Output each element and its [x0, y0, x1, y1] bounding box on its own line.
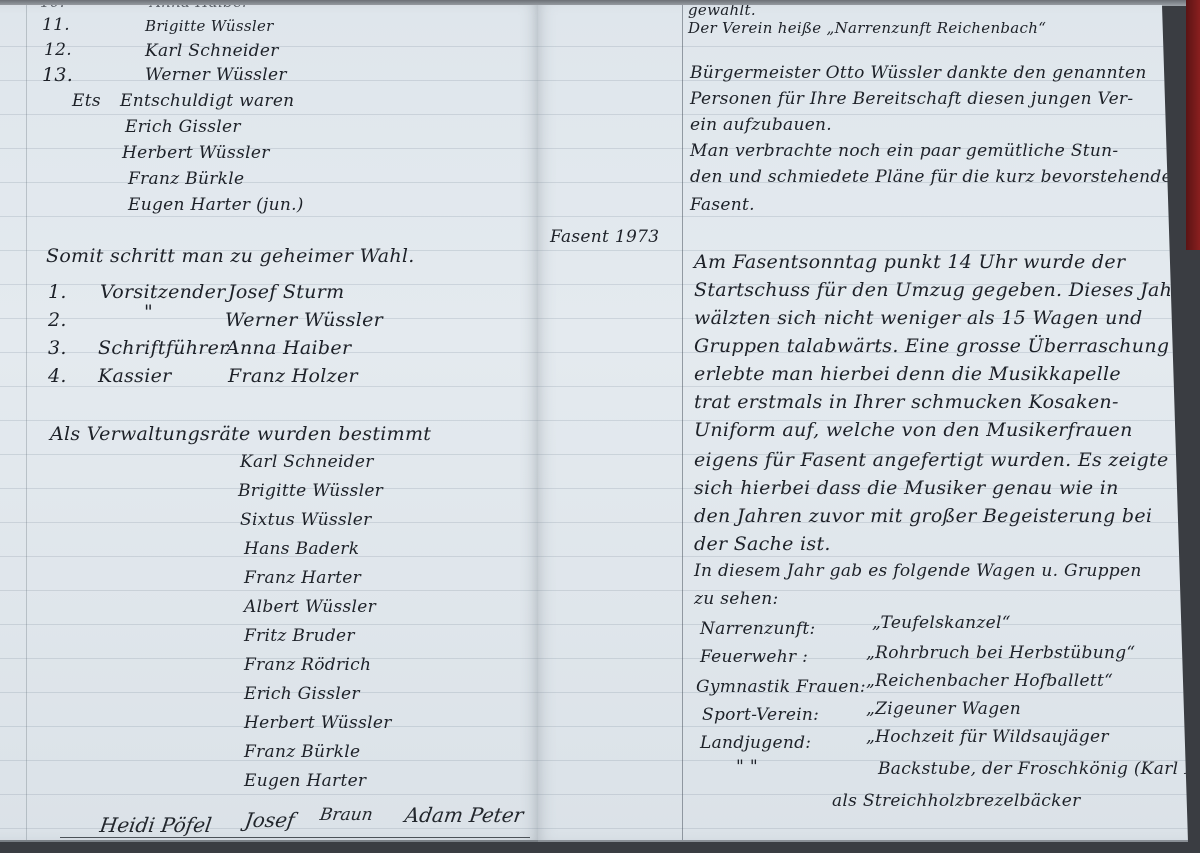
float-entry: „Teufelskanzel“: [872, 613, 1011, 633]
election-name: Werner Wüssler: [225, 309, 383, 331]
council-member: Albert Wüssler: [244, 597, 376, 617]
election-name: Josef Sturm: [228, 281, 344, 303]
text-line: Personen für Ihre Bereitschaft diesen ju…: [690, 89, 1133, 109]
text-line: gewählt.: [688, 5, 756, 19]
council-member: Eugen Harter: [244, 771, 366, 791]
float-group: Landjugend:: [700, 733, 811, 753]
right-page: Fasent 1973 gewählt. Der Verein heiße „N…: [538, 5, 1188, 842]
election-number: 4.: [48, 365, 67, 387]
list-number: 12.: [44, 40, 72, 60]
text-line: ein aufzubauen.: [690, 115, 832, 135]
excused-label: Ets: [72, 91, 101, 111]
text-line: wälzten sich nicht weniger als 15 Wagen …: [694, 307, 1143, 329]
election-role: Schriftführer: [98, 337, 229, 359]
open-book-spread: 10. Anna Haiber 11. Brigitte Wüssler 12.…: [0, 5, 1200, 853]
float-group: Feuerwehr :: [700, 647, 808, 667]
signature: Josef: [243, 808, 296, 832]
text-line: Bürgermeister Otto Wüssler dankte den ge…: [690, 63, 1147, 83]
text-line: Am Fasentsonntag punkt 14 Uhr wurde der: [694, 251, 1125, 273]
text-line: Man verbrachte noch ein paar gemütliche …: [690, 141, 1118, 161]
text-line: trat erstmals in Ihrer schmucken Kosaken…: [694, 391, 1119, 413]
text-line: Fasent.: [690, 195, 755, 215]
text-line: den Jahren zuvor mit großer Begeisterung…: [694, 505, 1152, 527]
list-name: Brigitte Wüssler: [145, 17, 274, 35]
text-line: Uniform auf, welche von den Musikerfraue…: [694, 419, 1133, 441]
excused-name: Franz Bürkle: [128, 169, 244, 189]
excused-name: Eugen Harter (jun.): [128, 195, 304, 215]
election-intro: Somit schritt man zu geheimer Wahl.: [46, 245, 415, 267]
election-name: Franz Holzer: [228, 365, 358, 387]
council-member: Fritz Bruder: [244, 626, 355, 646]
list-name: Karl Schneider: [145, 41, 279, 61]
text-line: Startschuss für den Umzug gegeben. Diese…: [694, 279, 1182, 301]
council-member: Herbert Wüssler: [244, 713, 392, 733]
margin-line: [682, 5, 683, 840]
float-entry: „Hochzeit für Wildsaujäger: [866, 727, 1109, 747]
signature-line: [60, 837, 530, 838]
list-number: 13.: [42, 64, 73, 86]
float-entry: „Reichenbacher Hofballett“: [866, 671, 1113, 691]
council-member: Sixtus Wüssler: [240, 510, 372, 530]
election-role: Vorsitzender: [100, 281, 226, 303]
text-line: In diesem Jahr gab es folgende Wagen u. …: [694, 561, 1142, 581]
list-number: 10.: [40, 5, 65, 11]
text-line: den und schmiedete Pläne für die kurz be…: [690, 167, 1172, 187]
election-role: Kassier: [98, 365, 172, 387]
list-name: Werner Wüssler: [145, 65, 287, 85]
council-member: Franz Harter: [244, 568, 361, 588]
excused-heading: Entschuldigt waren: [120, 91, 294, 111]
council-member: Hans Baderk: [244, 539, 359, 559]
election-name: Anna Haiber: [226, 337, 351, 359]
float-group: Sport-Verein:: [702, 705, 819, 725]
signature: Heidi Pöfel: [98, 813, 213, 837]
council-member: Karl Schneider: [240, 452, 374, 472]
float-entry: „Zigeuner Wagen: [866, 699, 1021, 719]
election-role: ": [144, 301, 153, 323]
left-page: 10. Anna Haiber 11. Brigitte Wüssler 12.…: [0, 5, 538, 842]
text-line: eigens für Fasent angefertigt wurden. Es…: [694, 449, 1169, 471]
text-line: als Streichholzbrezelbäcker: [832, 791, 1081, 811]
text-line: der Sache ist.: [694, 533, 831, 555]
council-member: Franz Rödrich: [244, 655, 371, 675]
margin-line: [26, 5, 27, 840]
council-member: Erich Gissler: [244, 684, 360, 704]
text-line: zu sehen:: [694, 589, 778, 609]
float-group: Gymnastik Frauen:: [696, 677, 866, 697]
text-line: Gruppen talabwärts. Eine grosse Überrasc…: [694, 335, 1169, 357]
float-group: " ": [736, 757, 758, 777]
election-number: 1.: [48, 281, 67, 303]
election-number: 2.: [48, 309, 67, 331]
float-entry: Backstube, der Froschkönig (Karl Dre-: [878, 759, 1188, 779]
text-line: Der Verein heiße „Narrenzunft Reichenbac…: [688, 19, 1046, 37]
list-name: Anna Haiber: [150, 5, 250, 11]
float-group: Narrenzunft:: [700, 619, 816, 639]
float-entry: „Rohrbruch bei Herbstübung“: [866, 643, 1135, 663]
election-number: 3.: [48, 337, 67, 359]
excused-name: Erich Gissler: [125, 117, 241, 137]
excused-name: Herbert Wüssler: [122, 143, 270, 163]
council-intro: Als Verwaltungsräte wurden bestimmt: [50, 423, 431, 445]
text-line: sich hierbei dass die Musiker genau wie …: [694, 477, 1119, 499]
list-number: 11.: [42, 15, 70, 35]
margin-heading: Fasent 1973: [550, 227, 659, 247]
text-line: erlebte man hierbei denn die Musikkapell…: [694, 363, 1121, 385]
council-member: Franz Bürkle: [244, 742, 360, 762]
signature: Braun: [319, 805, 374, 825]
council-member: Brigitte Wüssler: [238, 481, 383, 501]
signature: Adam Peter: [403, 803, 525, 827]
